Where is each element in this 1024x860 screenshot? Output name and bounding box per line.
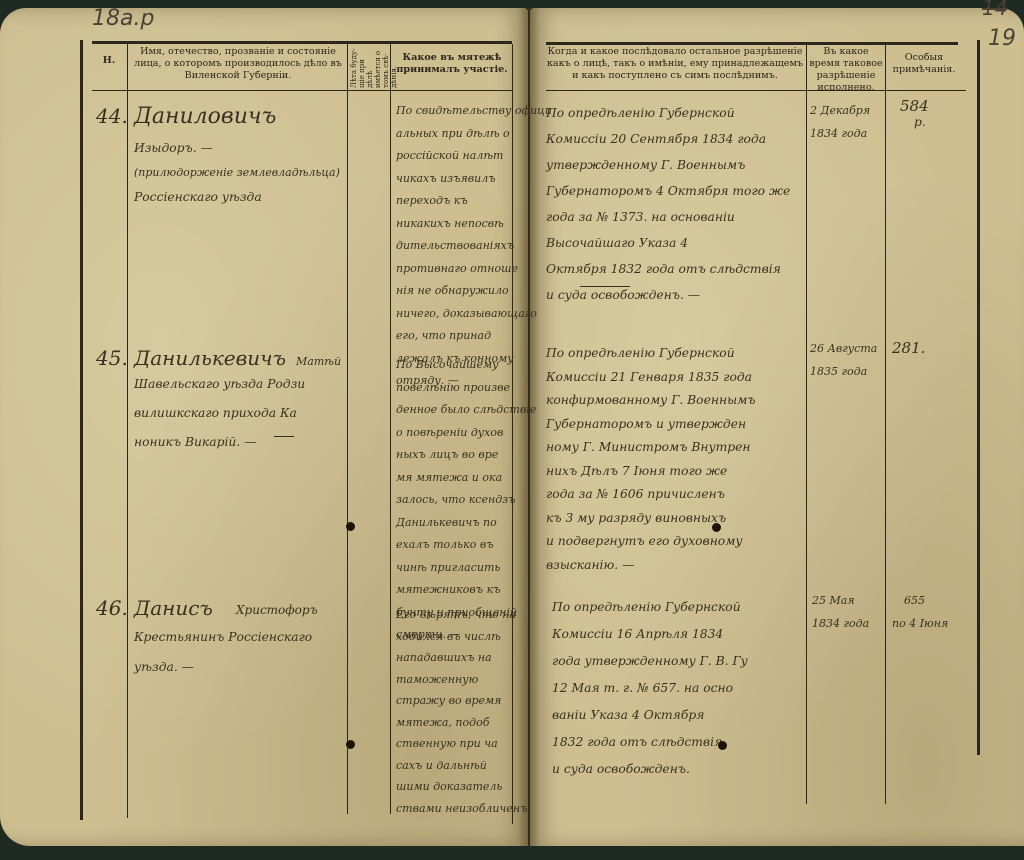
- text-line: его, что принад­: [396, 325, 510, 348]
- person-line: ноникъ Викарій. —: [134, 428, 344, 457]
- text-line: 12 Мая т. г. № 657. на осно­: [552, 675, 806, 702]
- text-line: къ 3 му разряду виновныхъ: [546, 507, 804, 531]
- header-top-rule-left: [92, 41, 512, 44]
- text-line: ственную при ча­: [396, 733, 510, 755]
- entry-46-notes: 655 по 4 Іюня: [892, 590, 976, 635]
- end-dash: [580, 286, 630, 287]
- text-line: ничего, доказывающаго: [396, 303, 510, 326]
- text-line: Высочайшаго Указа 4: [546, 230, 804, 256]
- text-line: повелѣнію произве­: [396, 377, 510, 400]
- person-line: Изыдоръ. —: [134, 136, 344, 161]
- text-line: 584: [900, 98, 970, 114]
- header-notes: Особыя примѣча­нія.: [887, 52, 961, 76]
- text-line: Его вѣрятъ, что на­: [396, 604, 510, 626]
- text-line: По опредѣленію Губернской: [546, 100, 804, 126]
- header-participation: Какое въ мятежѣ прини­малъ участіе.: [394, 52, 510, 76]
- col-rule-resolution: [806, 44, 807, 804]
- text-line: нападавшихъ на: [396, 647, 510, 669]
- text-line: 655: [892, 590, 976, 613]
- entry-46-given-name: Христофоръ: [236, 598, 318, 623]
- text-line: утвержденному Г. Военнымъ: [546, 152, 804, 178]
- text-line: и суда освобожденъ.: [552, 756, 806, 783]
- text-line: ному Г. Министромъ Внутрен­: [546, 436, 804, 460]
- header-bottom-rule-left: [92, 90, 512, 91]
- text-line: дительствованіяхъ: [396, 235, 510, 258]
- text-line: взысканію. —: [546, 554, 804, 578]
- person-line: (прилюдорженіе землевладѣльца): [134, 161, 344, 186]
- entry-45-surname: Данилькевичъ: [134, 346, 286, 370]
- entry-44-executed: 2 Декабря 1834 года: [810, 100, 884, 145]
- person-line: уѣзда. —: [134, 652, 344, 682]
- text-line: р.: [900, 114, 970, 130]
- text-line: 1835 года: [810, 361, 884, 384]
- col-rule-age: [390, 44, 391, 814]
- ink-stain: [712, 523, 721, 532]
- header-no: Н.: [92, 55, 126, 67]
- text-line: сахъ и дальнѣй­: [396, 755, 510, 777]
- text-line: 26 Августа: [810, 338, 884, 361]
- text-line: таможенную: [396, 669, 510, 691]
- text-line: 2 Декабря: [810, 100, 884, 123]
- text-line: противнаго отноше­: [396, 258, 510, 281]
- entry-46-participation: Его вѣрятъ, что на­ ходился въ числѣ нап…: [396, 604, 510, 819]
- person-line: Шавельскаго уѣзда Родзи­: [134, 370, 344, 399]
- text-line: Комиссіи 16 Апрѣля 1834: [552, 621, 806, 648]
- text-line: 25 Мая: [812, 590, 886, 613]
- text-line: 1834 года: [810, 123, 884, 146]
- entry-46-number: 46.: [96, 596, 128, 620]
- text-line: никакихъ непосвѣ­: [396, 213, 510, 236]
- col-rule-person: [347, 44, 348, 814]
- person-line: Крестьянинъ Россіенскаго: [134, 622, 344, 652]
- entry-45-notes: 281.: [892, 336, 962, 361]
- text-line: стражу во время: [396, 690, 510, 712]
- text-line: залось, что ксендзъ: [396, 489, 510, 512]
- text-line: конфирмованному Г. Военнымъ: [546, 389, 804, 413]
- text-line: мятежниковъ къ: [396, 579, 510, 602]
- col-rule-executed: [885, 44, 886, 804]
- text-line: ныхъ лицъ во вре­: [396, 444, 510, 467]
- entry-45-executed: 26 Августа 1835 года: [810, 338, 884, 383]
- text-line: чикахъ изъявилъ: [396, 168, 510, 191]
- right-outer-rule: [977, 40, 980, 755]
- text-line: нихъ Дѣлъ 7 Іюня того же: [546, 460, 804, 484]
- text-line: 281.: [892, 336, 962, 361]
- text-line: о повѣреніи духов­: [396, 422, 510, 445]
- text-line: чинѣ пригласить: [396, 557, 510, 580]
- left-outer-rule: [80, 40, 83, 820]
- text-line: ехалъ только въ: [396, 534, 510, 557]
- text-line: 1834 года: [812, 613, 886, 636]
- entry-45-participation: По Высочайшему повелѣнію произве­ денное…: [396, 354, 510, 647]
- text-line: Губернаторомъ и утвержден­: [546, 413, 804, 437]
- text-line: По свидѣтельству офици­: [396, 100, 510, 123]
- text-line: мятежа, подоб­: [396, 712, 510, 734]
- right-folio-mark: 19: [988, 26, 1016, 51]
- text-line: россійской налѣт­: [396, 145, 510, 168]
- ink-stain: [346, 522, 355, 531]
- person-line: вилишкскаго прихода Ка­: [134, 399, 344, 428]
- text-line: переходъ къ: [396, 190, 510, 213]
- text-line: ствами неизобличенъ: [396, 798, 510, 820]
- entry-46-resolution: По опредѣленію Губернской Комиссіи 16 Ап…: [552, 594, 806, 783]
- text-line: ходился въ числѣ: [396, 626, 510, 648]
- text-line: нія не обнаружило: [396, 280, 510, 303]
- left-folio-mark: 18а.р: [92, 6, 154, 31]
- entry-45-number: 45.: [96, 346, 128, 370]
- entry-46-person: Крестьянинъ Россіенскаго уѣзда. —: [134, 622, 344, 682]
- entry-45-resolution: По опредѣленію Губернской Комиссіи 21 Ге…: [546, 342, 804, 577]
- text-line: шими доказатель­: [396, 776, 510, 798]
- person-line: Россіенскаго уѣзда: [134, 185, 344, 210]
- text-line: года за № 1606 причисленъ: [546, 483, 804, 507]
- text-line: Губернаторомъ 4 Октября того же: [546, 178, 804, 204]
- entry-44-person: Изыдоръ. — (прилюдорженіе землевладѣльца…: [134, 136, 344, 210]
- entry-46-surname: Данисъ: [134, 596, 213, 620]
- text-line: и подвергнутъ его духовному: [546, 530, 804, 554]
- col-rule-no: [127, 44, 128, 818]
- text-line: 1832 года отъ слѣдствія: [552, 729, 806, 756]
- end-dash: [274, 436, 294, 437]
- header-person: Имя, отечество, прозваніе и состояніе ли…: [131, 46, 345, 82]
- header-executed: Въ какое время таковое разрѣше­ніе испол…: [808, 46, 884, 94]
- entry-45-person: Шавельскаго уѣзда Родзи­ вилишкскаго при…: [134, 370, 344, 457]
- entry-44-surname: Даниловичъ: [134, 104, 276, 129]
- col-rule-participation: [512, 44, 513, 824]
- ink-stain: [718, 741, 727, 750]
- text-line: Комиссіи 21 Генваря 1835 года: [546, 366, 804, 390]
- header-bottom-rule-right: [546, 90, 966, 91]
- text-line: По опредѣленію Губернской: [546, 342, 804, 366]
- entry-44-number: 44.: [96, 104, 128, 128]
- book-gutter: [518, 8, 540, 846]
- entry-44-resolution: По опредѣленію Губернской Комиссіи 20 Се…: [546, 100, 804, 308]
- header-age: Лѣта буду­щіе при дѣлѣ имѣется о томъ св…: [350, 46, 388, 88]
- text-line: Октября 1832 года отъ слѣдствія: [546, 256, 804, 282]
- text-line: Данилькевичъ по­: [396, 512, 510, 535]
- text-line: года утвержденному Г. В. Гу­: [552, 648, 806, 675]
- text-line: альных при дѣлѣ о: [396, 123, 510, 146]
- entry-44-participation: По свидѣтельству офици­ альных при дѣлѣ …: [396, 100, 510, 393]
- entry-46-executed: 25 Мая 1834 года: [812, 590, 886, 635]
- text-line: года за № 1373. на основаніи: [546, 204, 804, 230]
- text-line: По опредѣленію Губернской: [552, 594, 806, 621]
- header-resolution: Когда и какое послѣдовало остальное разр…: [544, 46, 806, 82]
- text-line: мя мятежа и ока­: [396, 467, 510, 490]
- text-line: По Высочайшему: [396, 354, 510, 377]
- right-folio-mark-crossed: 14: [982, 0, 1007, 20]
- entry-44-notes: 584 р.: [900, 98, 970, 130]
- text-line: денное было слѣдствіе: [396, 399, 510, 422]
- text-line: ваніи Указа 4 Октября: [552, 702, 806, 729]
- ink-stain: [346, 740, 355, 749]
- text-line: Комиссіи 20 Сентября 1834 года: [546, 126, 804, 152]
- header-top-rule-right: [546, 42, 958, 45]
- text-line: по 4 Іюня: [892, 613, 976, 636]
